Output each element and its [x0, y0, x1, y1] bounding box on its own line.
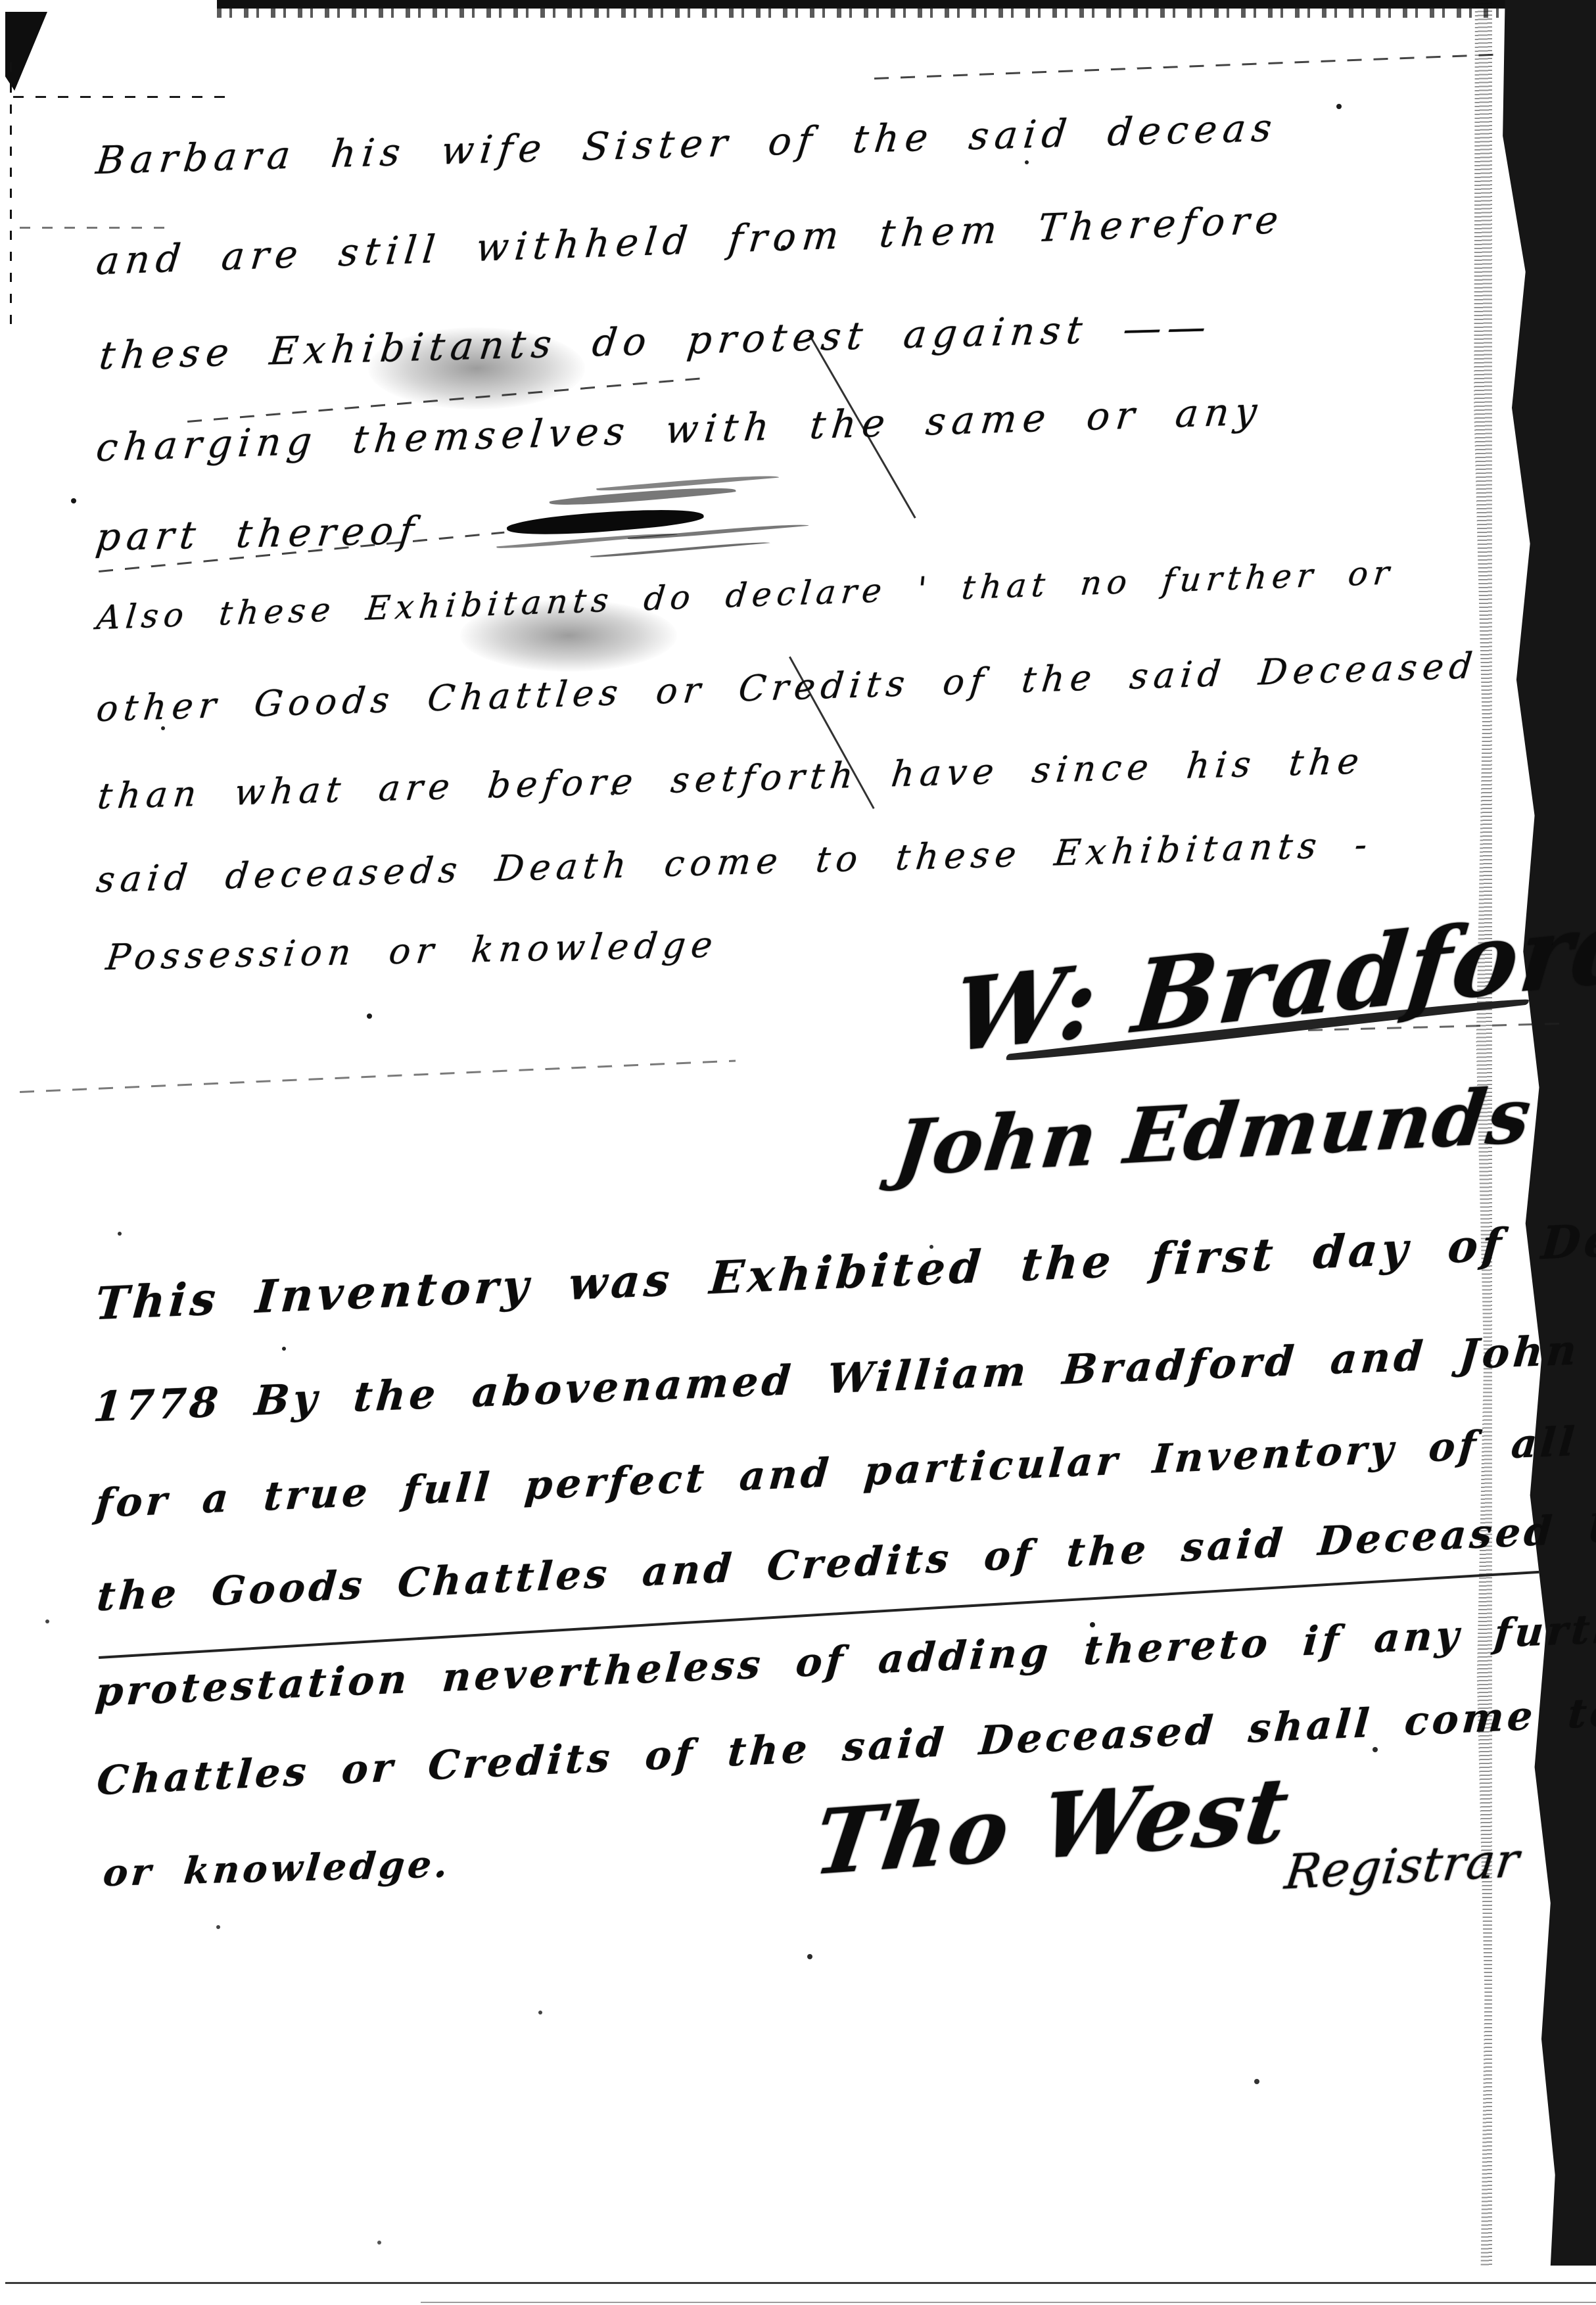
scan-bottom-edge-line [421, 2302, 1596, 2303]
scan-top-edge-fray [217, 7, 1596, 18]
scan-dashed-horizontal-line [20, 227, 171, 229]
scratch-line-top-right [874, 53, 1505, 80]
handwritten-line: 1778 By the abovenamed William Bradford … [92, 1319, 1596, 1428]
handwritten-line: Possession or knowledge [105, 927, 720, 976]
handwritten-line: part thereof [94, 511, 422, 556]
scan-specks [0, 0, 3, 3]
scanned-document-page: Barbara his wife Sister of the said dece… [0, 0, 1596, 2305]
signature-w-bradford: W: Bradford [949, 894, 1596, 1067]
signature-registrar: Tho West [809, 1765, 1296, 1888]
handwritten-line: Barbara his wife Sister of the said dece… [94, 108, 1279, 179]
handwritten-line: charging themselves with the same or any [95, 392, 1265, 467]
scan-dashed-vertical-line [10, 62, 12, 325]
handwritten-line: these Exhibitants do protest against —— [97, 308, 1213, 375]
ink-blot [506, 503, 704, 540]
handwritten-line: Also these Exhibitants do declare ' that… [95, 556, 1396, 634]
handwritten-line: than what are before setforth have since… [96, 743, 1367, 814]
handwritten-line: said deceaseds Death come to these Exhib… [95, 827, 1374, 898]
registrar-title: Registrar [1282, 1836, 1522, 1896]
handwritten-line: and are still withheld from them Therefo… [95, 200, 1286, 280]
handwritten-line: for a true full perfect and particular I… [94, 1407, 1596, 1524]
handwritten-line: This Inventory was Exhibited the first d… [94, 1205, 1596, 1326]
signature-john-edmunds: John Edmunds [891, 1077, 1536, 1187]
handwritten-line: or knowledge. [102, 1846, 453, 1892]
handwritten-line: protestation nevertheless of adding ther… [94, 1598, 1596, 1712]
scan-bottom-line [5, 2282, 1596, 2284]
scan-dashed-horizontal-line [13, 96, 230, 98]
scratch-line-signature-area [20, 1059, 736, 1093]
handwritten-line: other Goods Chattles or Credits of the s… [95, 648, 1480, 727]
